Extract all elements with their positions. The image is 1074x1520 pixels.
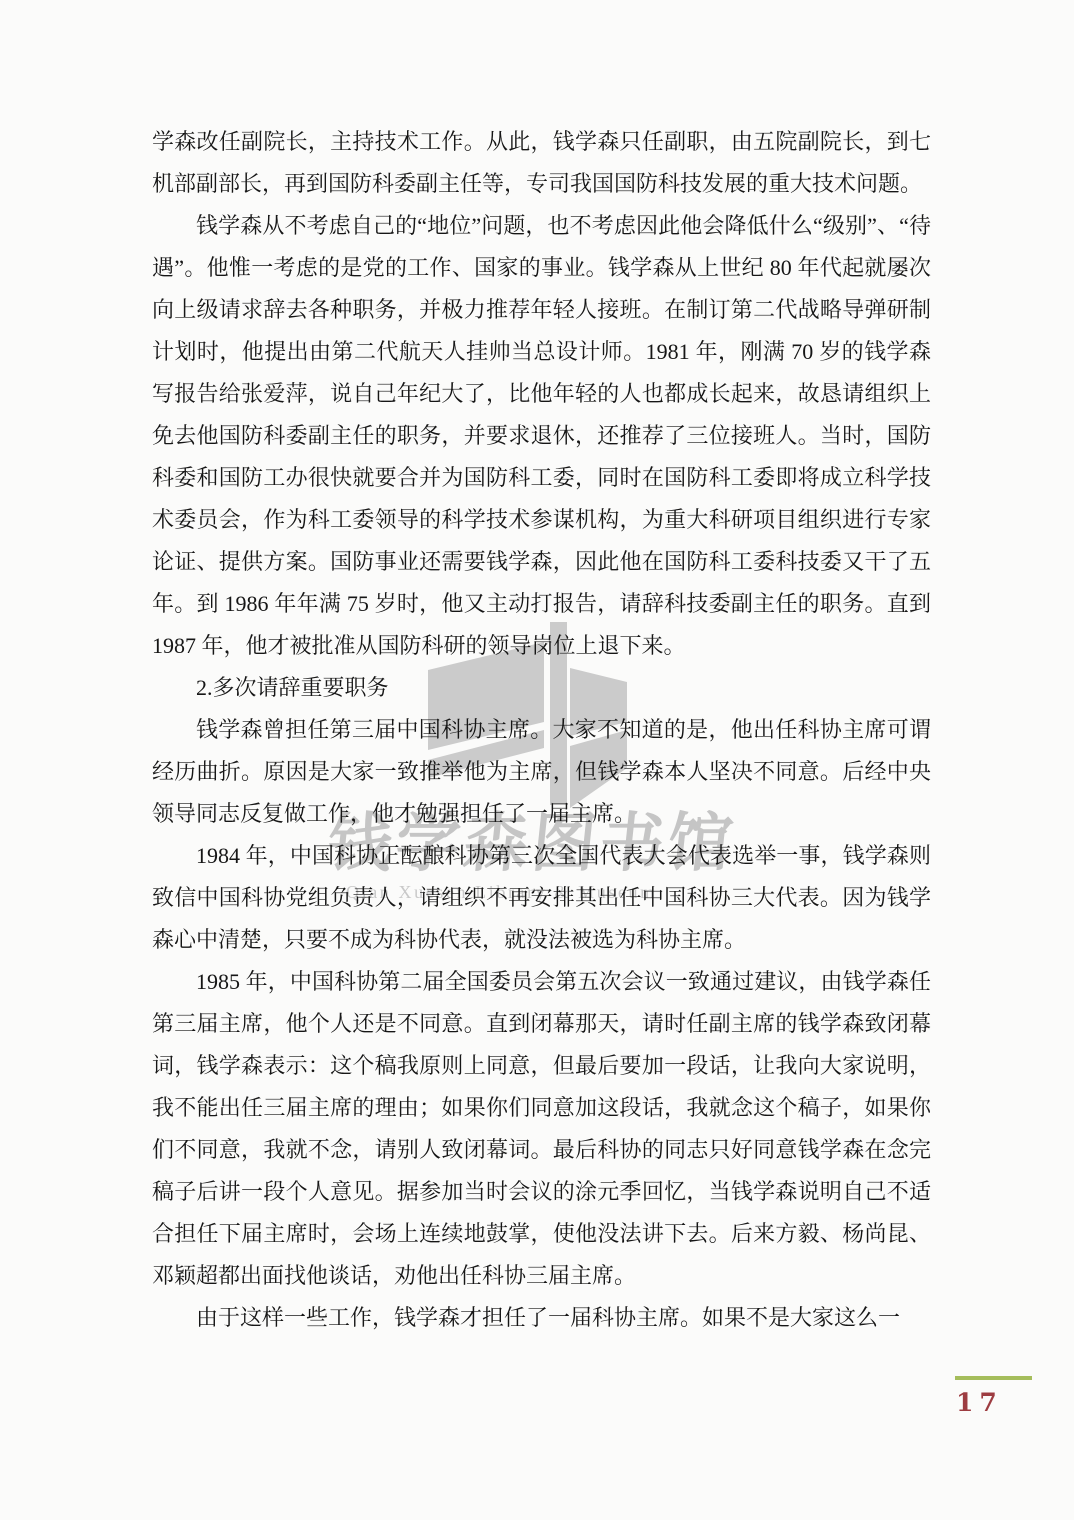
- footer-rule: [955, 1376, 1032, 1380]
- body-paragraph: 学森改任副院长，主持技术工作。从此，钱学森只任副职，由五院副院长，到七机部副部长…: [152, 121, 931, 205]
- body-paragraph: 1985 年，中国科协第二届全国委员会第五次会议一致通过建议，由钱学森任第三届主…: [152, 961, 931, 1297]
- body-paragraph: 钱学森从不考虑自己的“地位”问题，也不考虑因此他会降低什么“级别”、“待遇”。他…: [152, 205, 931, 667]
- body-paragraph: 1984 年，中国科协正酝酿科协第三次全国代表大会代表选举一事，钱学森则致信中国…: [152, 835, 931, 961]
- text-block: 学森改任副院长，主持技术工作。从此，钱学森只任副职，由五院副院长，到七机部副部长…: [152, 121, 931, 1339]
- body-paragraph: 由于这样一些工作，钱学森才担任了一届科协主席。如果不是大家这么一: [152, 1297, 931, 1339]
- body-paragraph: 钱学森曾担任第三届中国科协主席。大家不知道的是，他出任科协主席可谓经历曲折。原因…: [152, 709, 931, 835]
- page-number: 17: [956, 1388, 1003, 1417]
- document-page: 钱学森图书馆 Qian Xuesen Library & Museum 学森改任…: [0, 0, 1074, 1520]
- section-heading: 2.多次请辞重要职务: [152, 667, 931, 709]
